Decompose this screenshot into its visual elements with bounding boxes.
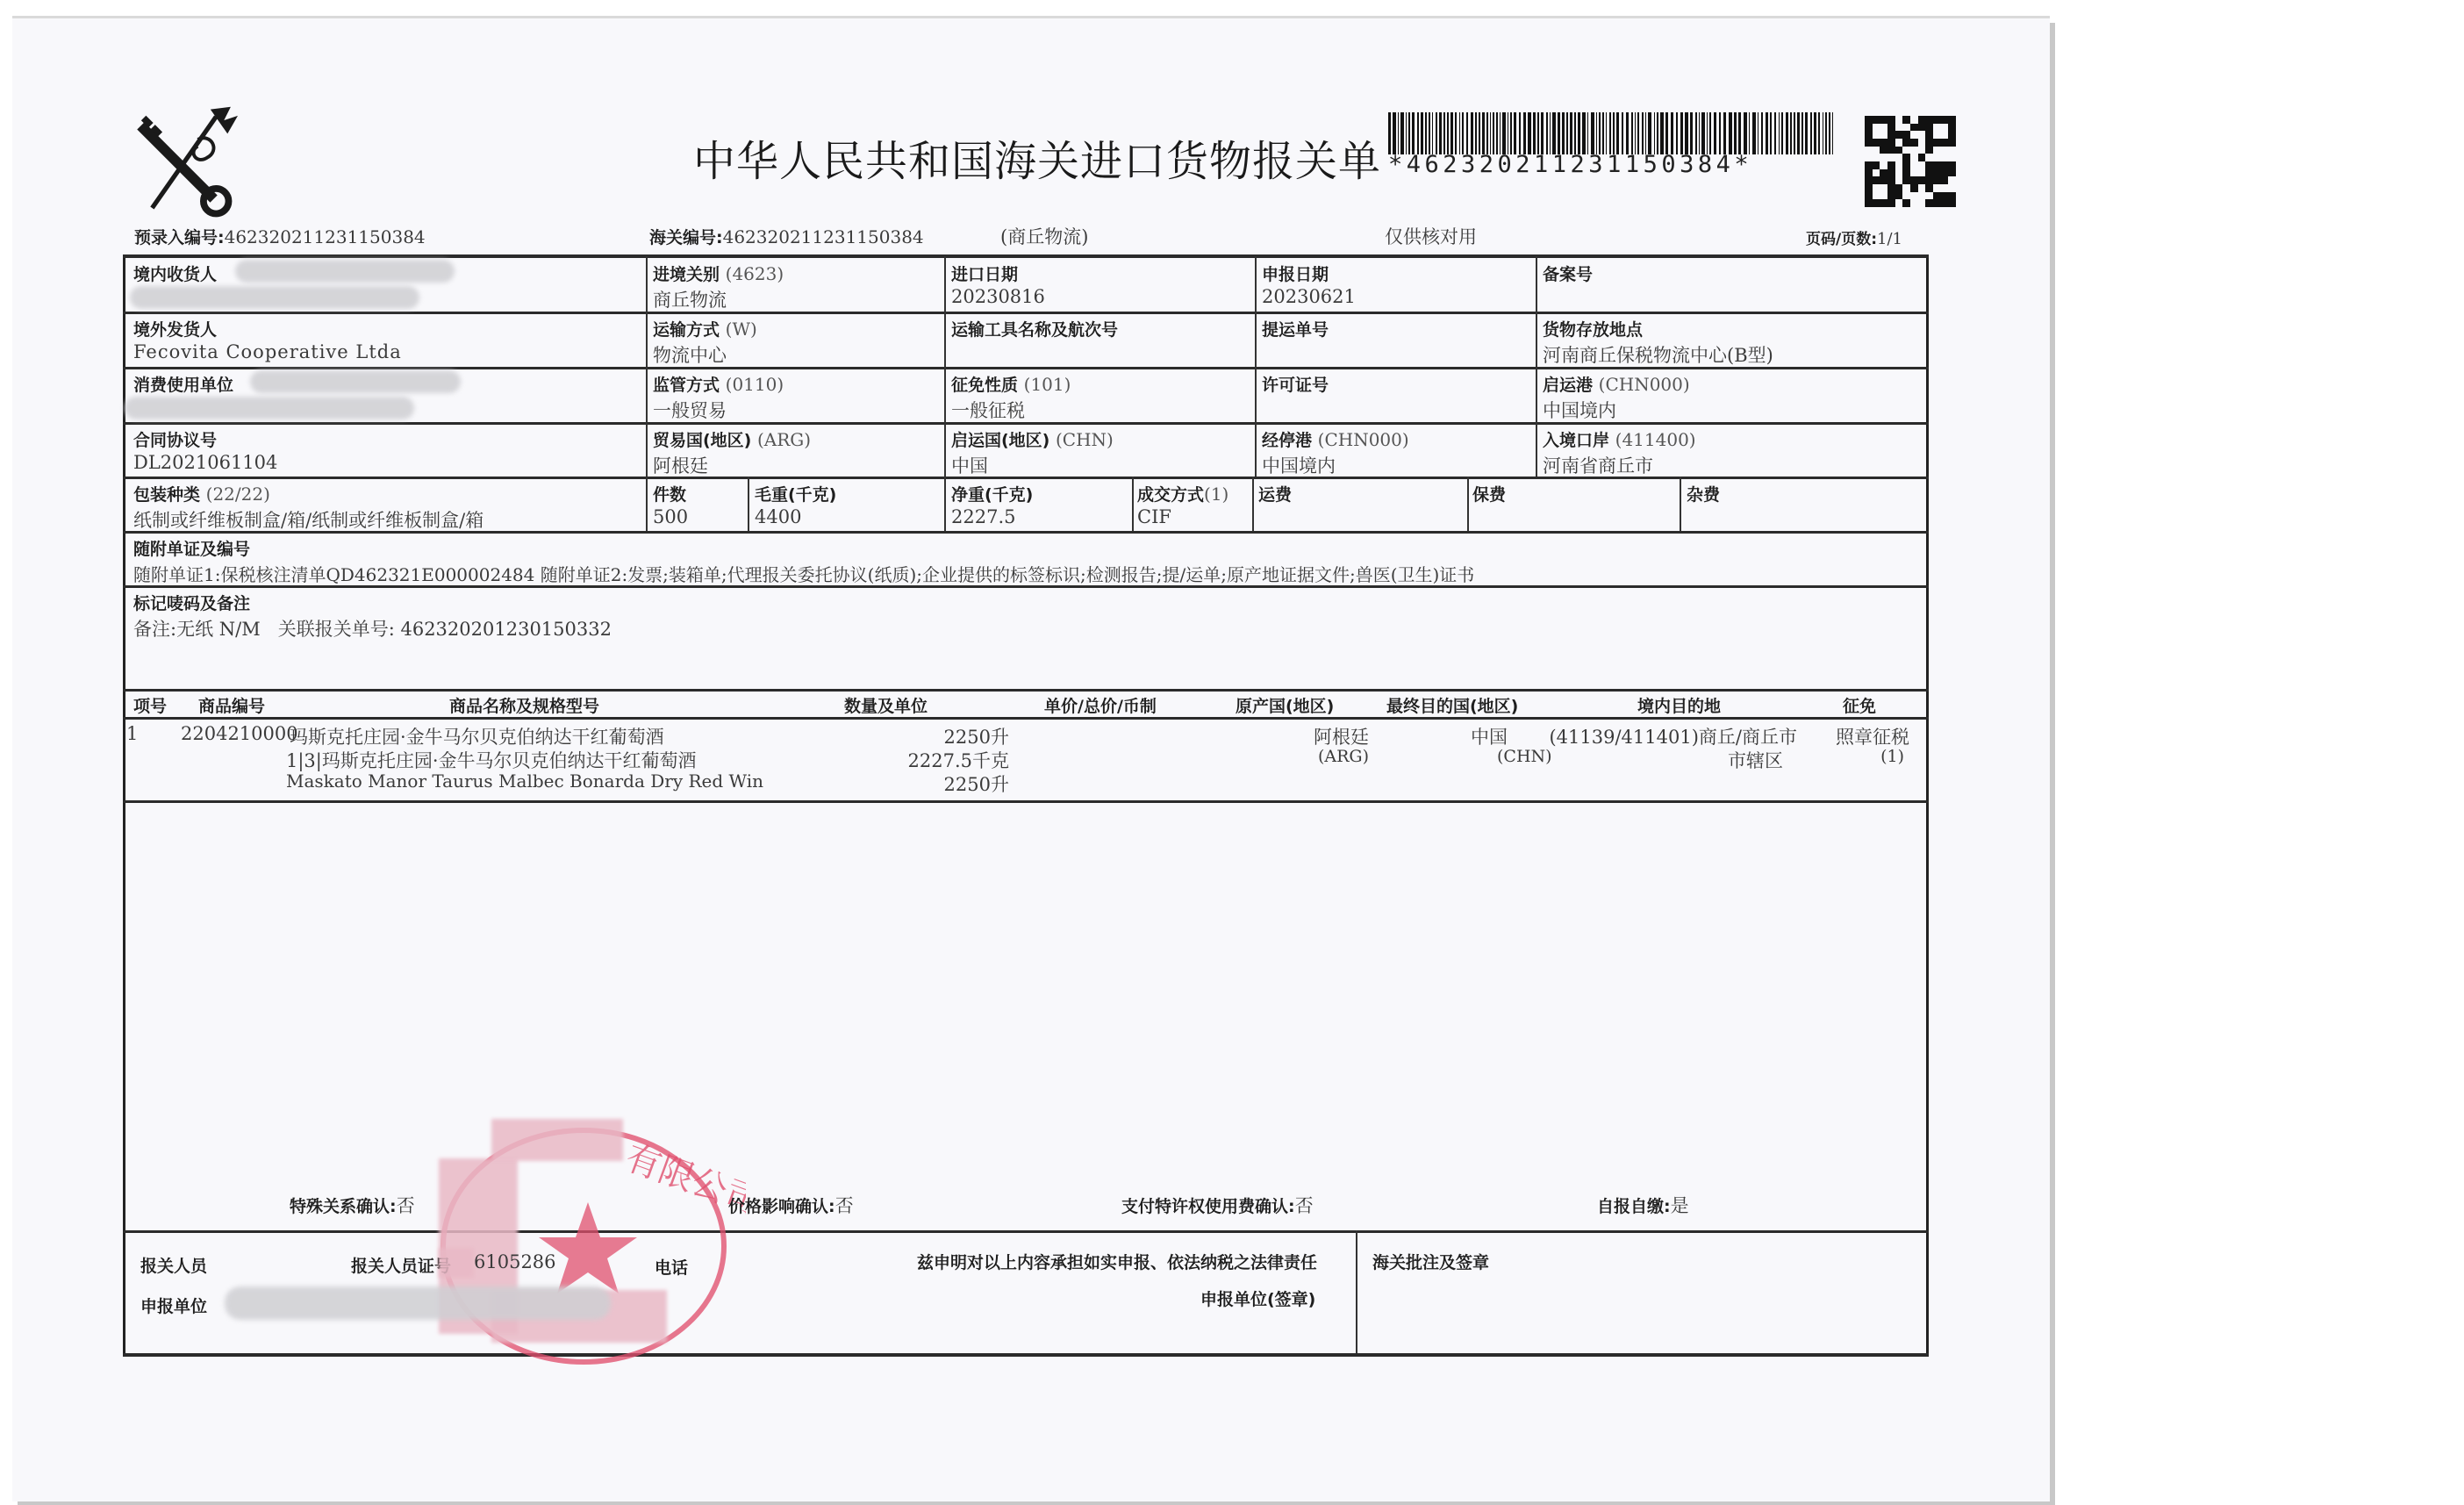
hs-code: 2204210000 xyxy=(181,723,298,744)
domestic-consignee-label: 境内收货人 xyxy=(133,262,217,285)
transport-mode-value: 物流中心 xyxy=(653,341,727,368)
supervision-mode-field: 监管方式 (0110) xyxy=(653,372,784,396)
price-influence-confirm: 价格影响确认:否 xyxy=(728,1192,854,1218)
customs-emblem-icon xyxy=(132,105,246,219)
misc-fee-label: 杂费 xyxy=(1687,482,1720,505)
record-no-label: 备案号 xyxy=(1543,262,1593,285)
self-declare-pay: 自报自缴:是 xyxy=(1597,1192,1689,1218)
transaction-mode-field: 成交方式(1) xyxy=(1137,482,1228,505)
levy-nature-field: 征免性质 (101) xyxy=(951,372,1071,396)
consumer-unit-label: 消费使用单位 xyxy=(133,372,233,396)
declarant-label: 报关人员 xyxy=(140,1253,207,1277)
transport-vehicle-label: 运输工具名称及航次号 xyxy=(951,317,1118,340)
storage-place-label: 货物存放地点 xyxy=(1543,317,1643,340)
import-date-label: 进口日期 xyxy=(951,262,1018,285)
net-weight-label: 净重(千克) xyxy=(951,482,1033,505)
marks-remarks-value: 备注:无纸 N/M 关联报关单号: 462320201230150332 xyxy=(133,615,612,641)
col-hs-code: 商品编号 xyxy=(198,693,265,717)
redacted-consumer-name xyxy=(125,397,414,419)
goods-spec: 1|3|玛斯克托庄园·金牛马尔贝克伯纳达干红葡萄酒 xyxy=(286,747,697,773)
declare-date-label: 申报日期 xyxy=(1262,262,1329,285)
bill-of-lading-label: 提运单号 xyxy=(1262,317,1329,340)
col-domestic-destination: 境内目的地 xyxy=(1637,693,1721,717)
quantity-3: 2250升 xyxy=(842,770,1009,797)
qr-code xyxy=(1865,116,1956,207)
col-final-destination: 最终目的国(地区) xyxy=(1386,693,1518,717)
levy-nature-value: 一般征税 xyxy=(951,397,1025,423)
levy-method: 照章征税 xyxy=(1799,723,1909,749)
page-indicator: 页码/页数:1/1 xyxy=(1806,226,1902,248)
insurance-label: 保费 xyxy=(1472,482,1506,505)
storage-place-value: 河南商丘保税物流中心(B型) xyxy=(1543,341,1773,368)
supervision-mode-value: 一般贸易 xyxy=(653,397,727,423)
package-type-value: 纸制或纤维板制盒/箱/纸制或纤维板制盒/箱 xyxy=(133,506,483,533)
phone-label: 电话 xyxy=(655,1255,688,1279)
levy-code: (1) xyxy=(1799,747,1904,766)
customs-number: 海关编号:462320211231150384 xyxy=(649,225,924,248)
customs-office-note: (商丘物流) xyxy=(1000,223,1088,249)
pre-entry-number: 预录入编号:462320211231150384 xyxy=(134,225,426,248)
redacted-declare-unit xyxy=(225,1286,611,1320)
goods-name-cn: 玛斯克托庄园·金牛马尔贝克伯纳达干红葡萄酒 xyxy=(290,723,664,749)
domestic-destination: (41139/411401)商丘/商丘市 xyxy=(1511,723,1797,749)
attached-docs-value: 随附单证1:保税核注清单QD462321E000002484 随附单证2:发票;… xyxy=(133,561,1474,586)
contract-no-value: DL2021061104 xyxy=(133,452,277,473)
col-price: 单价/总价/币制 xyxy=(1044,693,1157,717)
col-quantity: 数量及单位 xyxy=(844,693,928,717)
col-name-spec: 商品名称及规格型号 xyxy=(449,693,599,717)
barcode xyxy=(1388,112,1836,154)
declare-date-value: 20230621 xyxy=(1262,286,1356,307)
gross-weight-label: 毛重(千克) xyxy=(755,482,836,505)
redacted-consignee xyxy=(235,260,455,283)
quantity-1: 2250升 xyxy=(842,723,1009,749)
gross-weight-value: 4400 xyxy=(755,506,801,527)
departure-country-field: 启运国(地区) (CHN) xyxy=(951,427,1114,451)
declare-unit-label: 申报单位 xyxy=(140,1294,207,1317)
stop-port-value: 中国境内 xyxy=(1262,452,1336,478)
table-border-bottom xyxy=(123,1353,1929,1357)
redacted-seal-name xyxy=(491,1119,623,1161)
document-title: 中华人民共和国海关进口货物报关单 xyxy=(693,127,1381,188)
transport-mode-field: 运输方式 (W) xyxy=(653,317,757,340)
overseas-consignor-value: Fecovita Cooperative Ltda xyxy=(133,341,402,362)
domestic-district: 市辖区 xyxy=(1511,747,1783,773)
quantity-2: 2227.5千克 xyxy=(842,747,1009,773)
table-border-right xyxy=(1926,256,1929,1355)
table-border-top xyxy=(123,254,1929,258)
declarant-no-label: 报关人员证号 xyxy=(351,1253,451,1277)
overseas-consignor-label: 境外发货人 xyxy=(133,317,217,340)
royalty-payment-confirm: 支付特许权使用费确认:否 xyxy=(1121,1192,1314,1218)
net-weight-value: 2227.5 xyxy=(951,506,1015,527)
declarant-no-value: 6105286 xyxy=(474,1251,556,1272)
license-no-label: 许可证号 xyxy=(1262,372,1329,396)
table-border-left xyxy=(123,256,125,1355)
declaration-statement: 兹申明对以上内容承担如实申报、依法纳税之法律责任 xyxy=(917,1250,1317,1273)
destination-country: 中国 xyxy=(1422,723,1508,749)
departure-port-field: 启运港 (CHN000) xyxy=(1543,372,1690,396)
verification-note: 仅供核对用 xyxy=(1385,223,1477,249)
declare-unit-seal-label: 申报单位(签章) xyxy=(1200,1286,1315,1310)
contract-no-label: 合同协议号 xyxy=(133,427,217,451)
departure-port-value: 中国境内 xyxy=(1543,397,1616,423)
origin-code: (ARG) xyxy=(1228,747,1369,766)
redacted-consumer-code xyxy=(250,370,461,393)
package-type-field: 包装种类 (22/22) xyxy=(133,482,270,505)
marks-remarks-label: 标记唛码及备注 xyxy=(133,591,250,614)
import-date-value: 20230816 xyxy=(951,286,1045,307)
item-no: 1 xyxy=(126,723,138,744)
goods-name-en: Maskato Manor Taurus Malbec Bonarda Dry … xyxy=(286,770,763,792)
col-item-no: 项号 xyxy=(133,693,167,717)
customs-approval-label: 海关批注及签章 xyxy=(1372,1250,1489,1273)
departure-country-value: 中国 xyxy=(951,452,988,478)
entry-customs-value: 商丘物流 xyxy=(653,286,727,312)
stop-port-field: 经停港 (CHN000) xyxy=(1262,427,1409,451)
pieces-value: 500 xyxy=(653,506,688,527)
barcode-text: *462320211231150384* xyxy=(1388,151,1840,178)
trade-country-field: 贸易国(地区) (ARG) xyxy=(653,427,811,451)
entry-customs-field: 进境关别 (4623) xyxy=(653,262,784,285)
attached-docs-label: 随附单证及编号 xyxy=(133,536,250,560)
svg-text:有限公司: 有限公司 xyxy=(620,1137,746,1223)
redacted-consignee-name xyxy=(130,286,419,309)
entry-port-value: 河南省商丘市 xyxy=(1543,452,1653,478)
origin-country: 阿根廷 xyxy=(1228,723,1369,749)
entry-port-field: 入境口岸 (411400) xyxy=(1543,427,1696,451)
col-origin: 原产国(地区) xyxy=(1236,693,1334,717)
special-relation-confirm: 特殊关系确认:否 xyxy=(290,1192,415,1218)
freight-label: 运费 xyxy=(1258,482,1292,505)
trade-country-value: 阿根廷 xyxy=(653,452,708,478)
transaction-mode-value: CIF xyxy=(1137,506,1171,527)
col-levy: 征免 xyxy=(1843,693,1876,717)
pieces-label: 件数 xyxy=(653,482,686,505)
